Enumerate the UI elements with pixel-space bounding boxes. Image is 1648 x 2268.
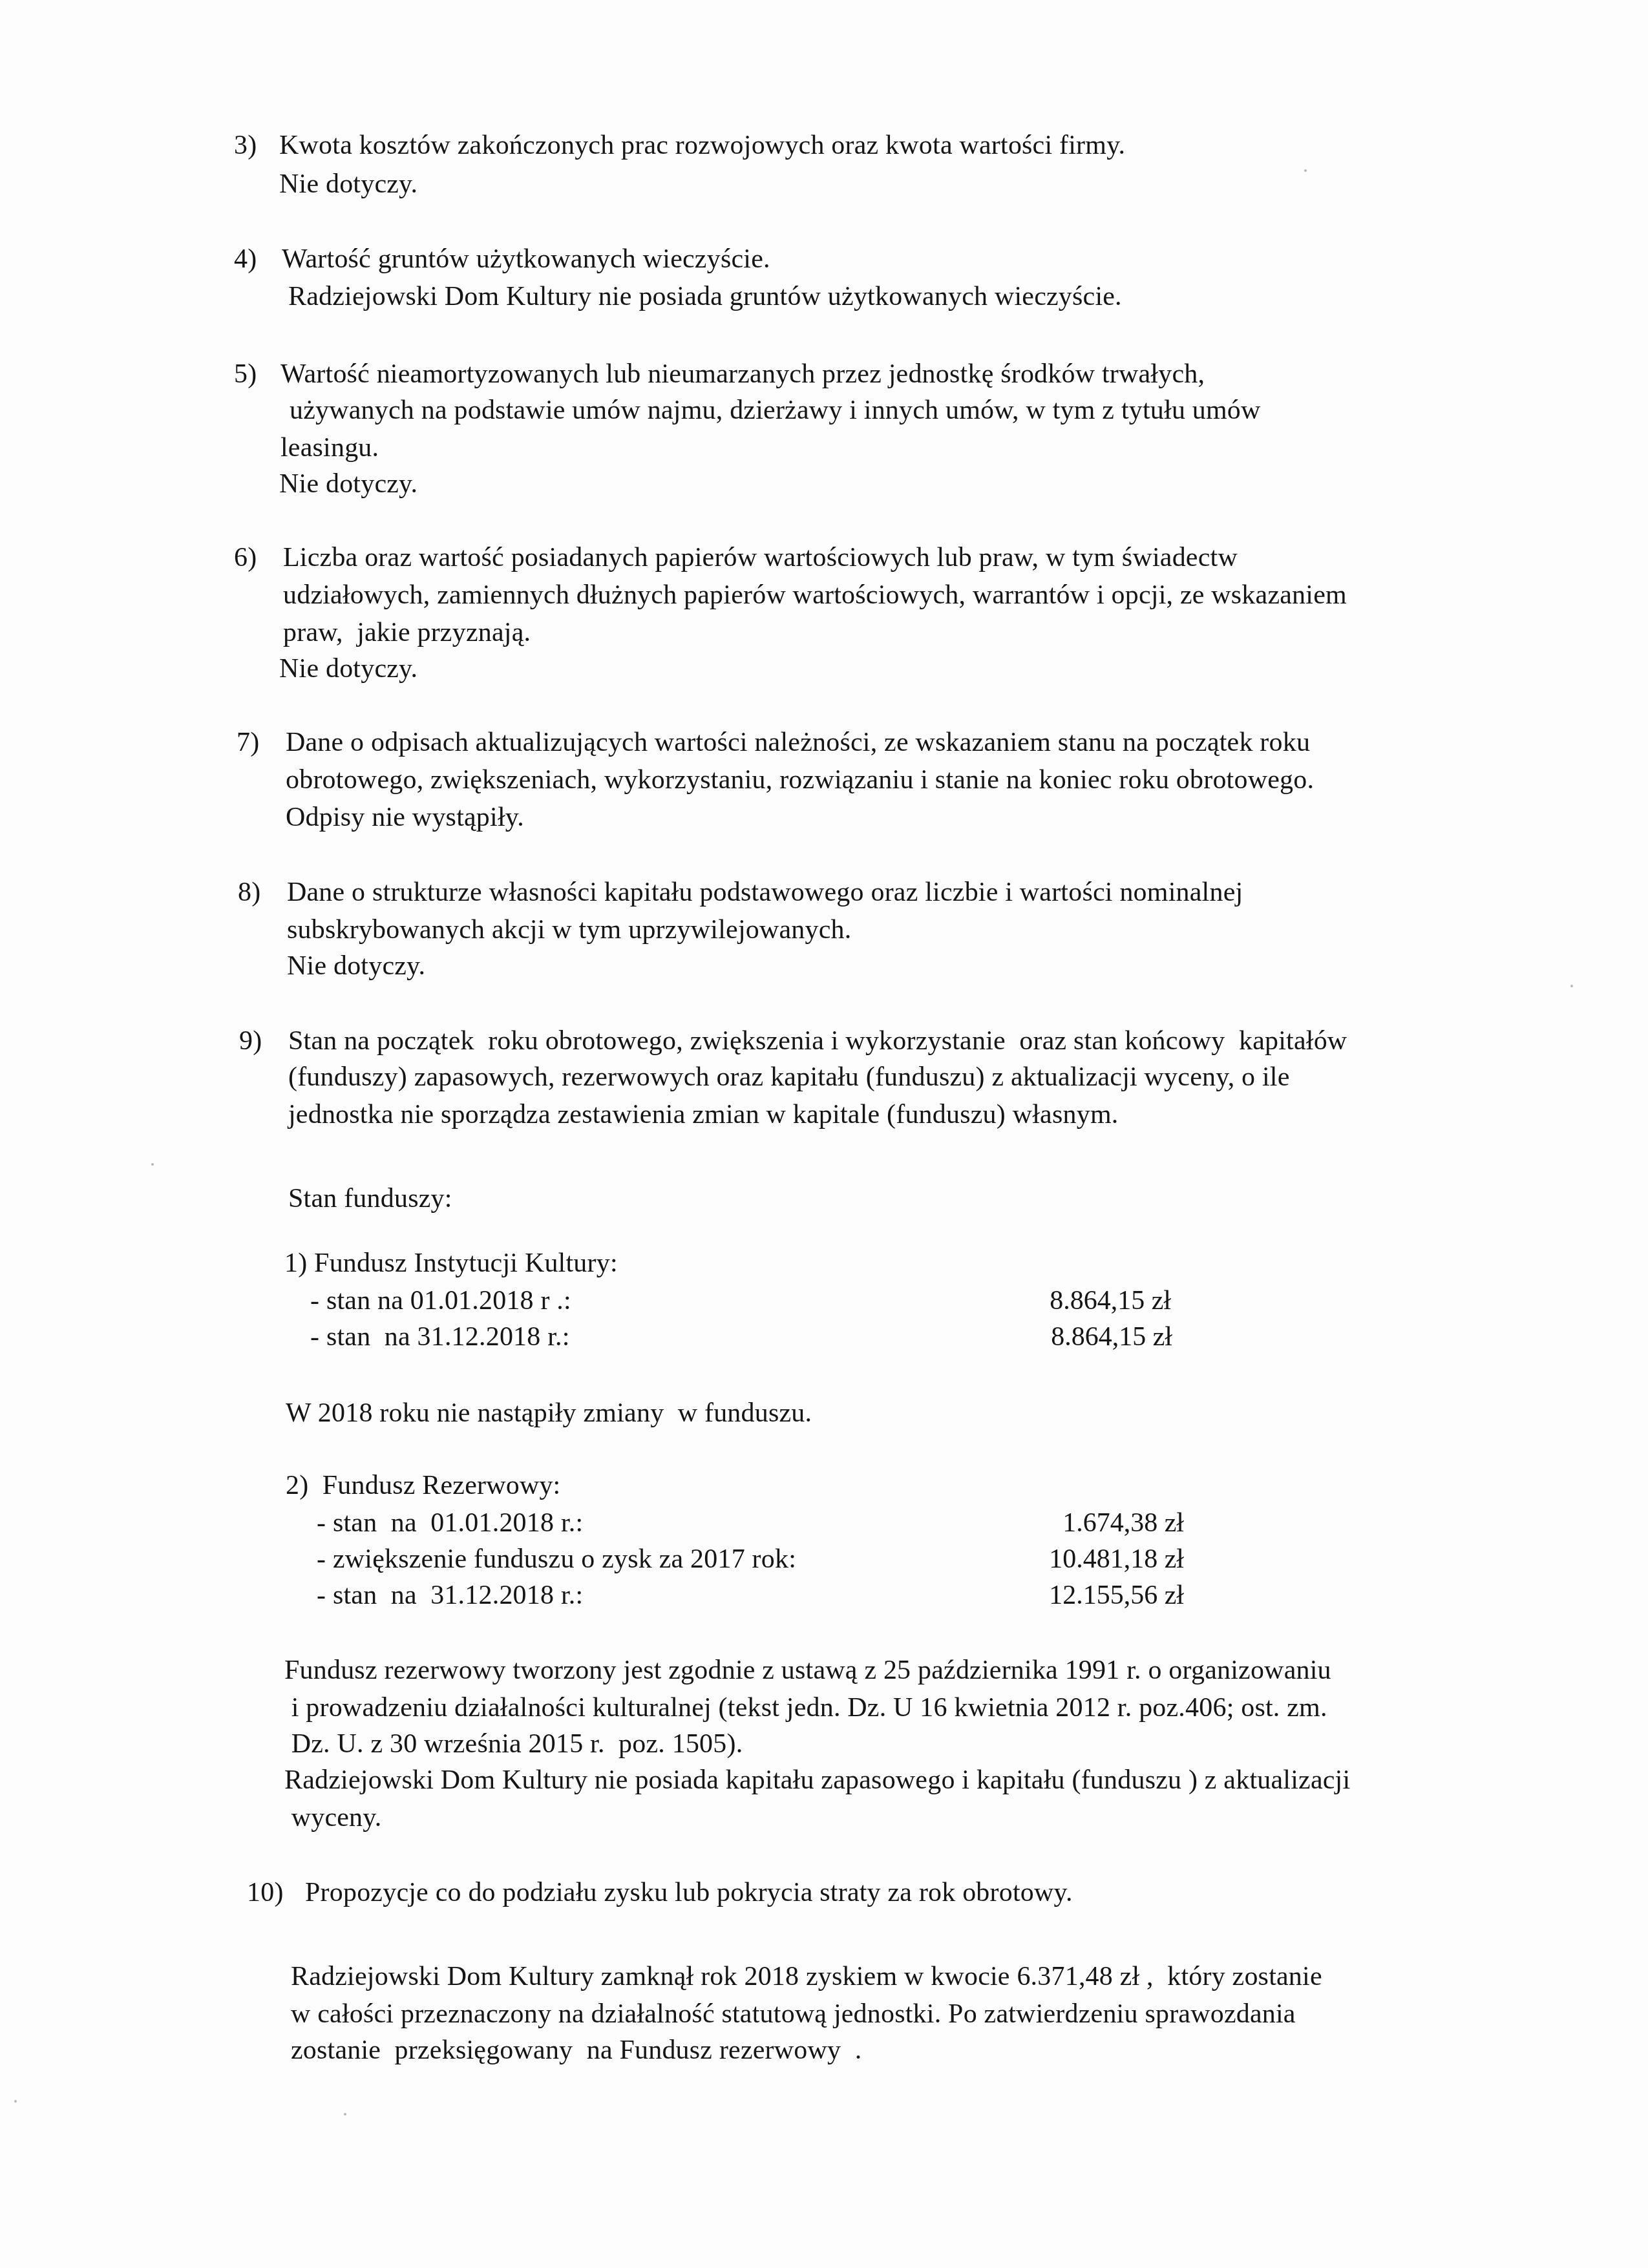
section-7-answer: Odpisy nie wystąpiły. [286, 799, 524, 837]
fund-2-row-2-value: 10.481,18 zł [905, 1540, 1184, 1579]
section-9-line-2: (funduszy) zapasowych, rezerwowych oraz … [288, 1058, 1290, 1097]
section-7-line-2: obrotowego, zwiększeniach, wykorzystaniu… [286, 761, 1314, 799]
section-7-line-1: Dane o odpisach aktualizujących wartości… [286, 724, 1310, 762]
scan-speck [344, 2113, 346, 2116]
section-6-line-1: Liczba oraz wartość posiadanych papierów… [283, 539, 1238, 577]
section-5-line-2: używanych na podstawie umów najmu, dzier… [290, 392, 1261, 430]
legal-note-line-1: Fundusz rezerwowy tworzony jest zgodnie … [284, 1652, 1331, 1690]
fund-2-row-1-label: - stan na 01.01.2018 r.: [317, 1504, 583, 1542]
fund-1-title: 1) Fundusz Instytucji Kultury: [284, 1244, 618, 1283]
scan-speck [1570, 985, 1573, 987]
section-9-line-1: Stan na początek roku obrotowego, zwięks… [288, 1022, 1347, 1060]
section-7-number: 7) [237, 724, 259, 762]
section-10-body-line-1: Radziejowski Dom Kultury zamknął rok 201… [291, 1958, 1322, 1996]
section-4-title: Wartość gruntów użytkowanych wieczyście. [282, 240, 770, 278]
section-8-line-1: Dane o strukturze własności kapitału pod… [287, 874, 1243, 912]
section-6-line-2: udziałowych, zamiennych dłużnych papieró… [283, 576, 1347, 614]
fund-1-row-2-value: 8.864,15 zł [905, 1318, 1172, 1356]
fund-1-row-1-label: - stan na 01.01.2018 r .: [310, 1282, 571, 1320]
legal-note-line-5: wyceny. [284, 1799, 382, 1837]
section-5-answer: Nie dotyczy. [279, 465, 417, 503]
section-9-line-3: jednostka nie sporządza zestawienia zmia… [288, 1096, 1118, 1134]
fund-2-row-3-label: - stan na 31.12.2018 r.: [317, 1577, 583, 1615]
legal-note-line-4: Radziejowski Dom Kultury nie posiada kap… [284, 1761, 1350, 1800]
fund-2-row-1-value: 1.674,38 zł [905, 1504, 1184, 1542]
section-10-body-line-2: w całości przeznaczony na działalność st… [291, 1995, 1296, 2033]
fund-1-note: W 2018 roku nie nastąpiły zmiany w fundu… [286, 1394, 812, 1433]
funds-heading: Stan funduszy: [288, 1180, 452, 1218]
fund-1-row-1-value: 8.864,15 zł [905, 1282, 1171, 1320]
legal-note-line-3: Dz. U. z 30 września 2015 r. poz. 1505). [284, 1725, 743, 1763]
section-8-line-2: subskrybowanych akcji w tym uprzywilejow… [287, 911, 852, 949]
scanned-document-page: 3) Kwota kosztów zakończonych prac rozwo… [0, 0, 1648, 2268]
legal-note-line-2: i prowadzeniu działalności kulturalnej (… [284, 1689, 1327, 1727]
section-6-line-3: praw, jakie przyznają. [283, 614, 531, 652]
section-3-answer: Nie dotyczy. [279, 165, 417, 204]
scan-speck [14, 2100, 17, 2103]
fund-2-row-3-value: 12.155,56 zł [905, 1577, 1184, 1615]
section-6-answer: Nie dotyczy. [279, 650, 417, 688]
fund-2-row-2-label: - zwiększenie funduszu o zysk za 2017 ro… [317, 1540, 796, 1579]
section-5-line-3: leasingu. [280, 429, 379, 467]
section-10-title: Propozycje co do podziału zysku lub pokr… [305, 1874, 1073, 1912]
section-5-number: 5) [234, 355, 257, 394]
section-4-number: 4) [234, 240, 257, 278]
section-5-line-1: Wartość nieamortyzowanych lub nieumarzan… [280, 355, 1205, 394]
scan-speck [151, 1163, 154, 1166]
section-6-number: 6) [234, 539, 257, 577]
section-8-answer: Nie dotyczy. [287, 947, 425, 985]
section-10-number: 10) [247, 1874, 284, 1912]
fund-2-title: 2) Fundusz Rezerwowy: [286, 1467, 561, 1505]
fund-1-row-2-label: - stan na 31.12.2018 r.: [310, 1318, 570, 1356]
section-10-body-line-3: zostanie przeksięgowany na Fundusz rezer… [291, 2032, 861, 2070]
section-4-answer: Radziejowski Dom Kultury nie posiada gru… [288, 278, 1122, 316]
section-9-number: 9) [239, 1022, 262, 1060]
section-3-number: 3) [234, 127, 257, 165]
section-3-title: Kwota kosztów zakończonych prac rozwojow… [279, 127, 1125, 165]
scan-speck [1304, 169, 1307, 172]
section-8-number: 8) [238, 874, 260, 912]
